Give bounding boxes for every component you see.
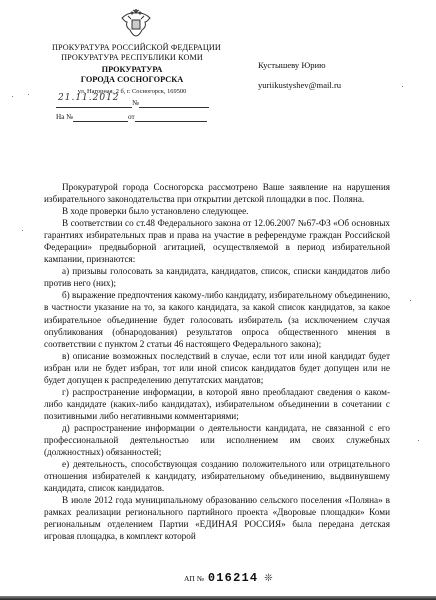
- addressee-email: yuriikustyshev@mail.ru: [258, 80, 341, 90]
- reference-label: На №: [56, 113, 73, 121]
- scan-speck: [28, 94, 29, 95]
- org-name-line2: ГОРОДА СОСНОГОРСКА: [52, 74, 212, 85]
- star-ornament-icon: ❊: [264, 573, 272, 584]
- scan-speck: [22, 230, 23, 231]
- form-number-label: АП №: [184, 574, 204, 583]
- paragraph: Прокуратурой города Сосногорска рассмотр…: [44, 181, 390, 205]
- coat-of-arms-icon: [119, 8, 153, 38]
- paragraph: д) распространение информации о деятельн…: [44, 422, 390, 458]
- addressee-name: Кустышеву Юрию: [258, 60, 326, 70]
- from-label: от: [128, 113, 135, 121]
- paragraph: г) распространение информации, в которой…: [44, 386, 390, 422]
- form-number: 016214: [208, 571, 258, 585]
- scan-speck: [410, 300, 411, 301]
- paragraph: а) призывы голосовать за кандидата, канд…: [44, 265, 390, 289]
- letterhead-line1: ПРОКУРАТУРА РОССИЙСКОЙ ФЕДЕРАЦИИ: [52, 43, 212, 53]
- letter-page: ПРОКУРАТУРА РОССИЙСКОЙ ФЕДЕРАЦИИ ПРОКУРА…: [0, 0, 436, 600]
- handwritten-date: 21.11.2012: [58, 93, 120, 103]
- letterhead-line2: ПРОКУРАТУРА РЕСПУБЛИКИ КОМИ: [52, 53, 212, 63]
- reference-row: На №от: [56, 113, 207, 122]
- paragraph: В соответствии со ст.48 Федерального зак…: [44, 217, 390, 265]
- scan-speck: [402, 86, 403, 87]
- scan-speck: [12, 96, 13, 97]
- paragraph: е) деятельность, способствующая созданию…: [44, 458, 390, 494]
- letter-body: Прокуратурой города Сосногорска рассмотр…: [44, 181, 390, 542]
- number-label: №: [132, 99, 139, 107]
- paragraph: в) описание возможных последствий в случ…: [44, 350, 390, 386]
- scan-bottom-edge: [0, 596, 436, 600]
- form-number-stamp: АП №016214❊: [184, 568, 273, 586]
- scan-speck: [418, 440, 419, 441]
- paragraph: В июле 2012 года муниципальному образова…: [44, 494, 390, 542]
- paragraph: В ходе проверки было установлено следующ…: [44, 205, 390, 217]
- paragraph: б) выражение предпочтения какому-либо ка…: [44, 289, 390, 349]
